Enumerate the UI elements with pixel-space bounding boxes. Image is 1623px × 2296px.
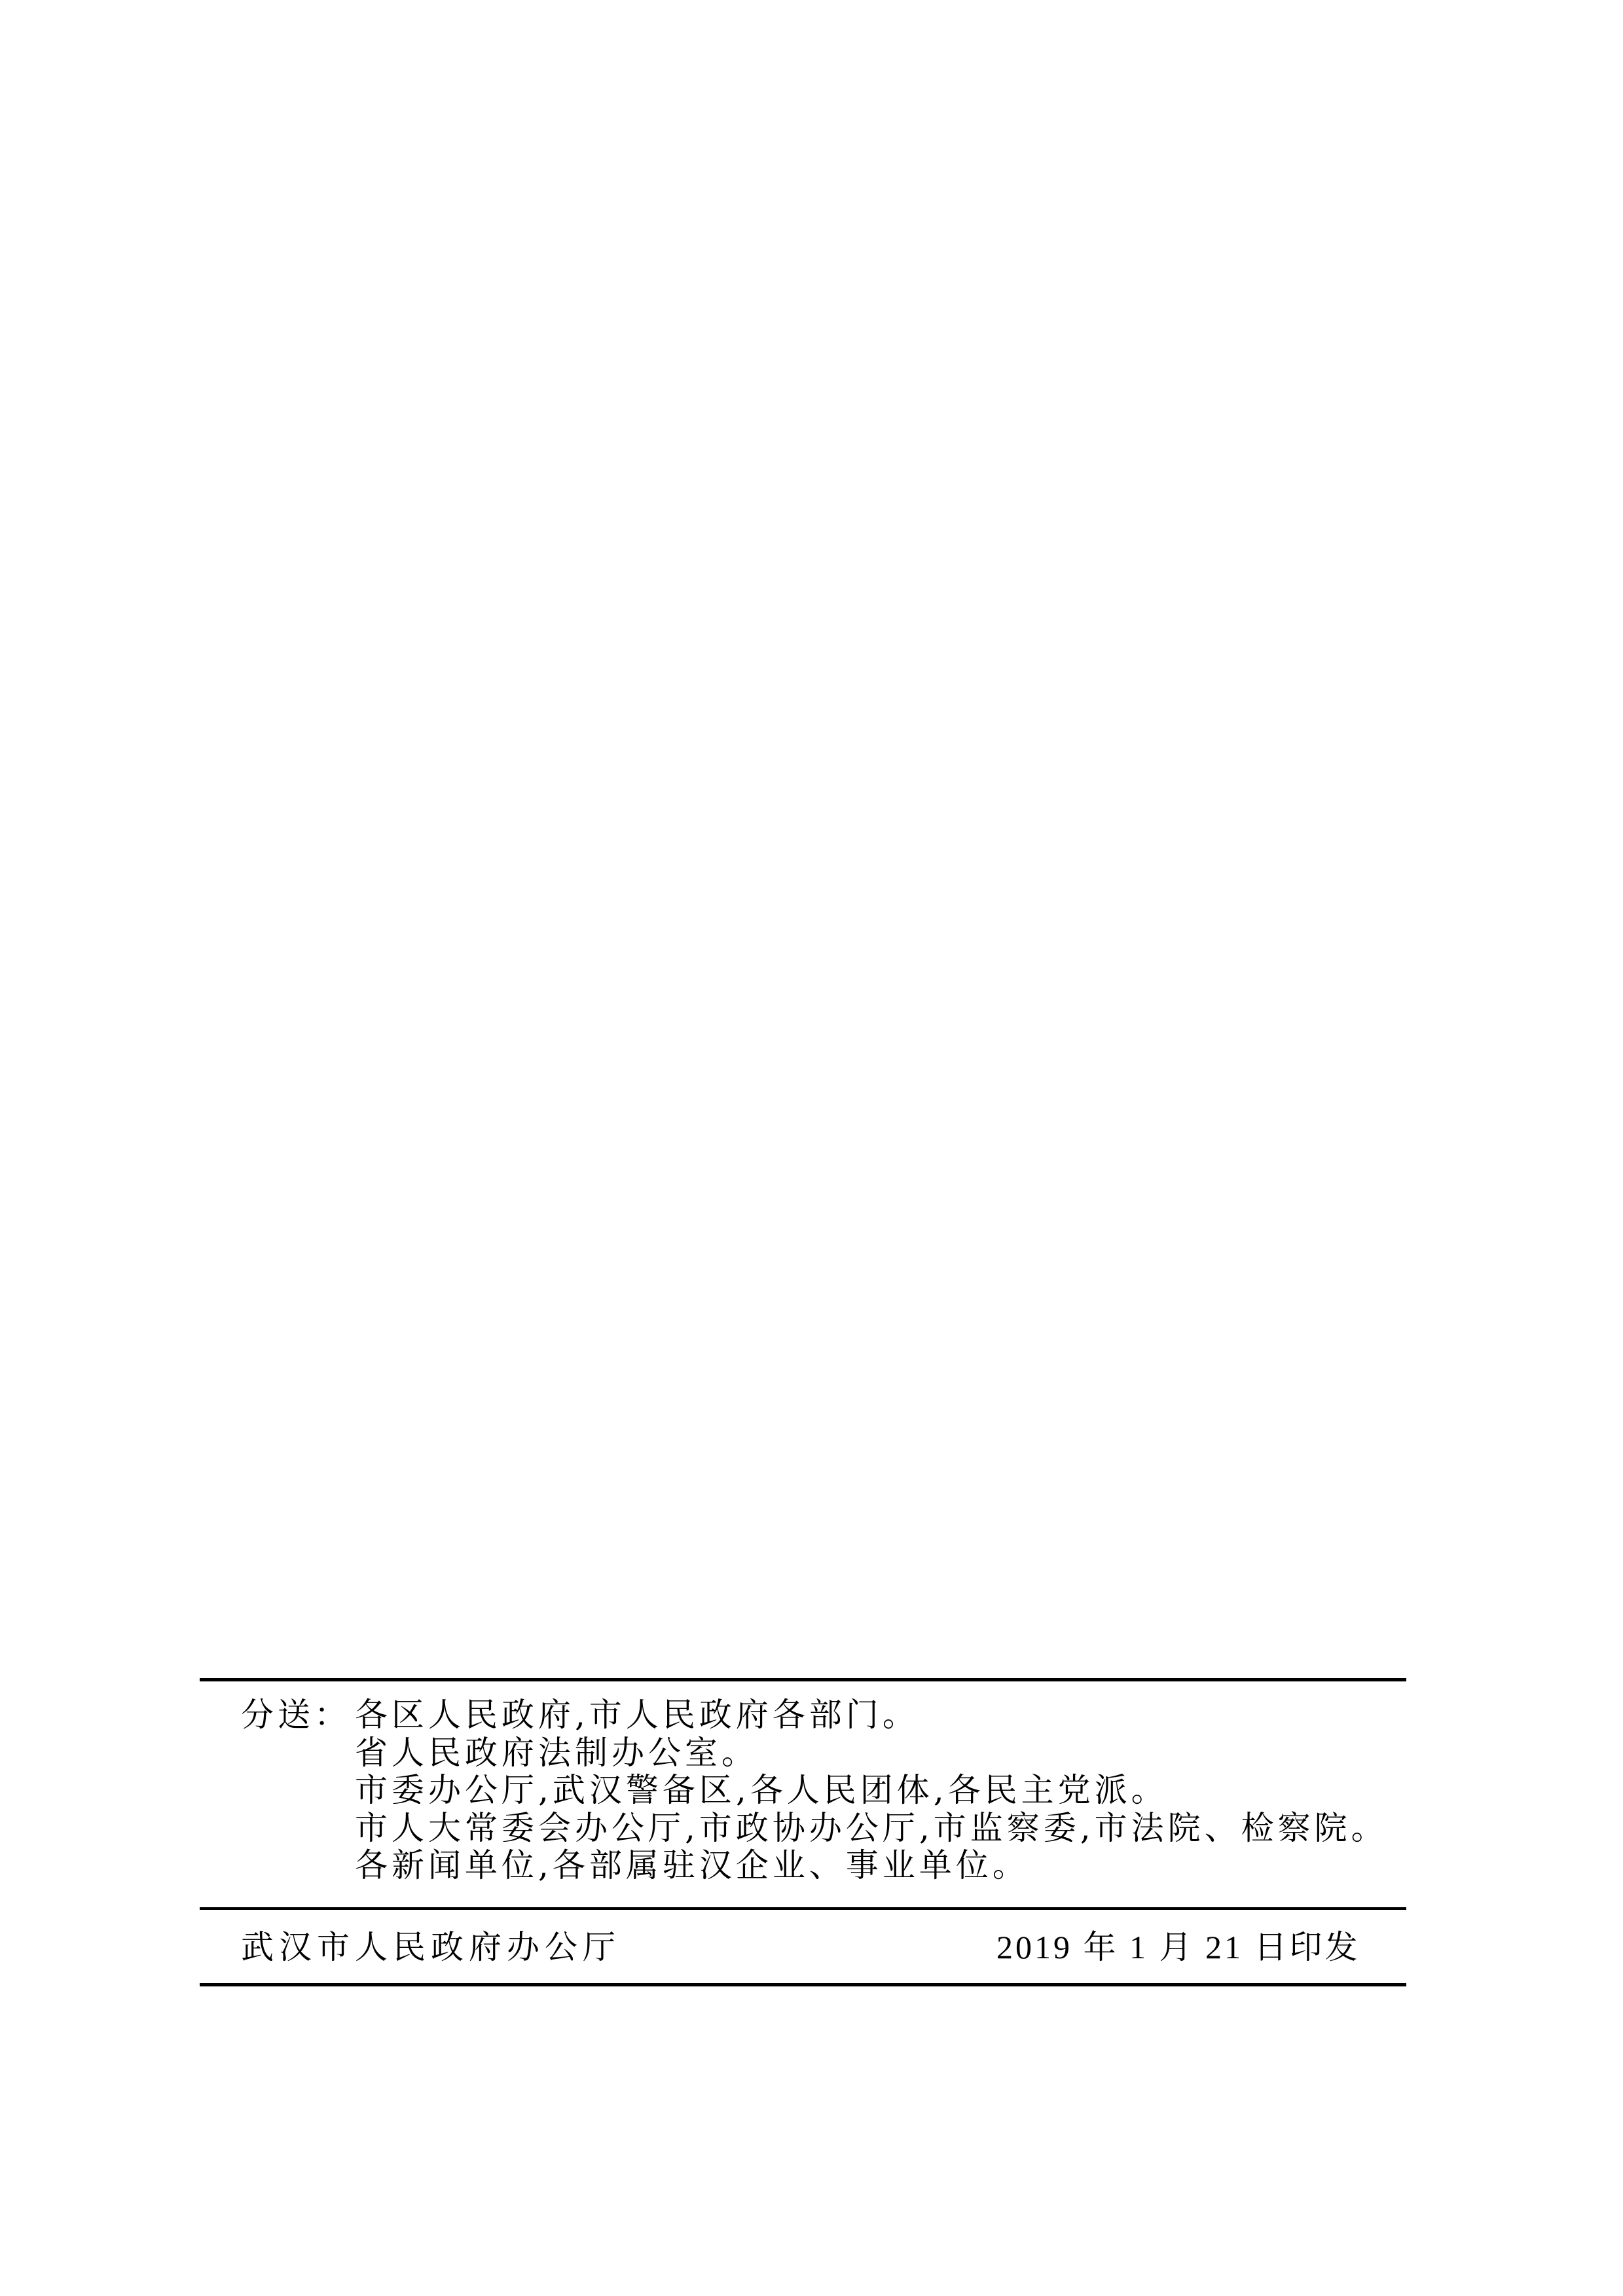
document-page: 分送：各区人民政府,市人民政府各部门。 省人民政府法制办公室。 市委办公厅,武汉… <box>0 0 1623 2296</box>
distribution-recipients: 各新闻单位,各部属驻汉企业、事业单位。 <box>355 1846 1029 1884</box>
distribution-list: 分送：各区人民政府,市人民政府各部门。 省人民政府法制办公室。 市委办公厅,武汉… <box>241 1696 1406 1885</box>
top-divider <box>200 1678 1406 1681</box>
distribution-line: 各新闻单位,各部属驻汉企业、事业单位。 <box>241 1847 1406 1885</box>
distribution-line: 市人大常委会办公厅,市政协办公厅,市监察委,市法院、检察院。 <box>241 1810 1406 1848</box>
distribution-recipients: 省人民政府法制办公室。 <box>355 1734 758 1772</box>
distribution-label: 分送： <box>241 1696 355 1734</box>
middle-divider <box>200 1907 1406 1910</box>
distribution-line: 市委办公厅,武汉警备区,各人民团体,各民主党派。 <box>241 1772 1406 1810</box>
distribution-recipients: 市委办公厅,武汉警备区,各人民团体,各民主党派。 <box>355 1771 1168 1809</box>
distribution-recipients: 市人大常委会办公厅,市政协办公厅,市监察委,市法院、检察院。 <box>355 1809 1388 1847</box>
bottom-divider <box>200 1983 1406 1986</box>
distribution-line: 省人民政府法制办公室。 <box>241 1734 1406 1772</box>
distribution-recipients: 各区人民政府,市人民政府各部门。 <box>355 1696 919 1734</box>
distribution-line: 分送：各区人民政府,市人民政府各部门。 <box>241 1696 1406 1734</box>
issue-date: 2019 年 1 月 21 日印发 <box>996 1926 1360 1969</box>
issuing-office: 武汉市人民政府办公厅 <box>241 1926 621 1969</box>
